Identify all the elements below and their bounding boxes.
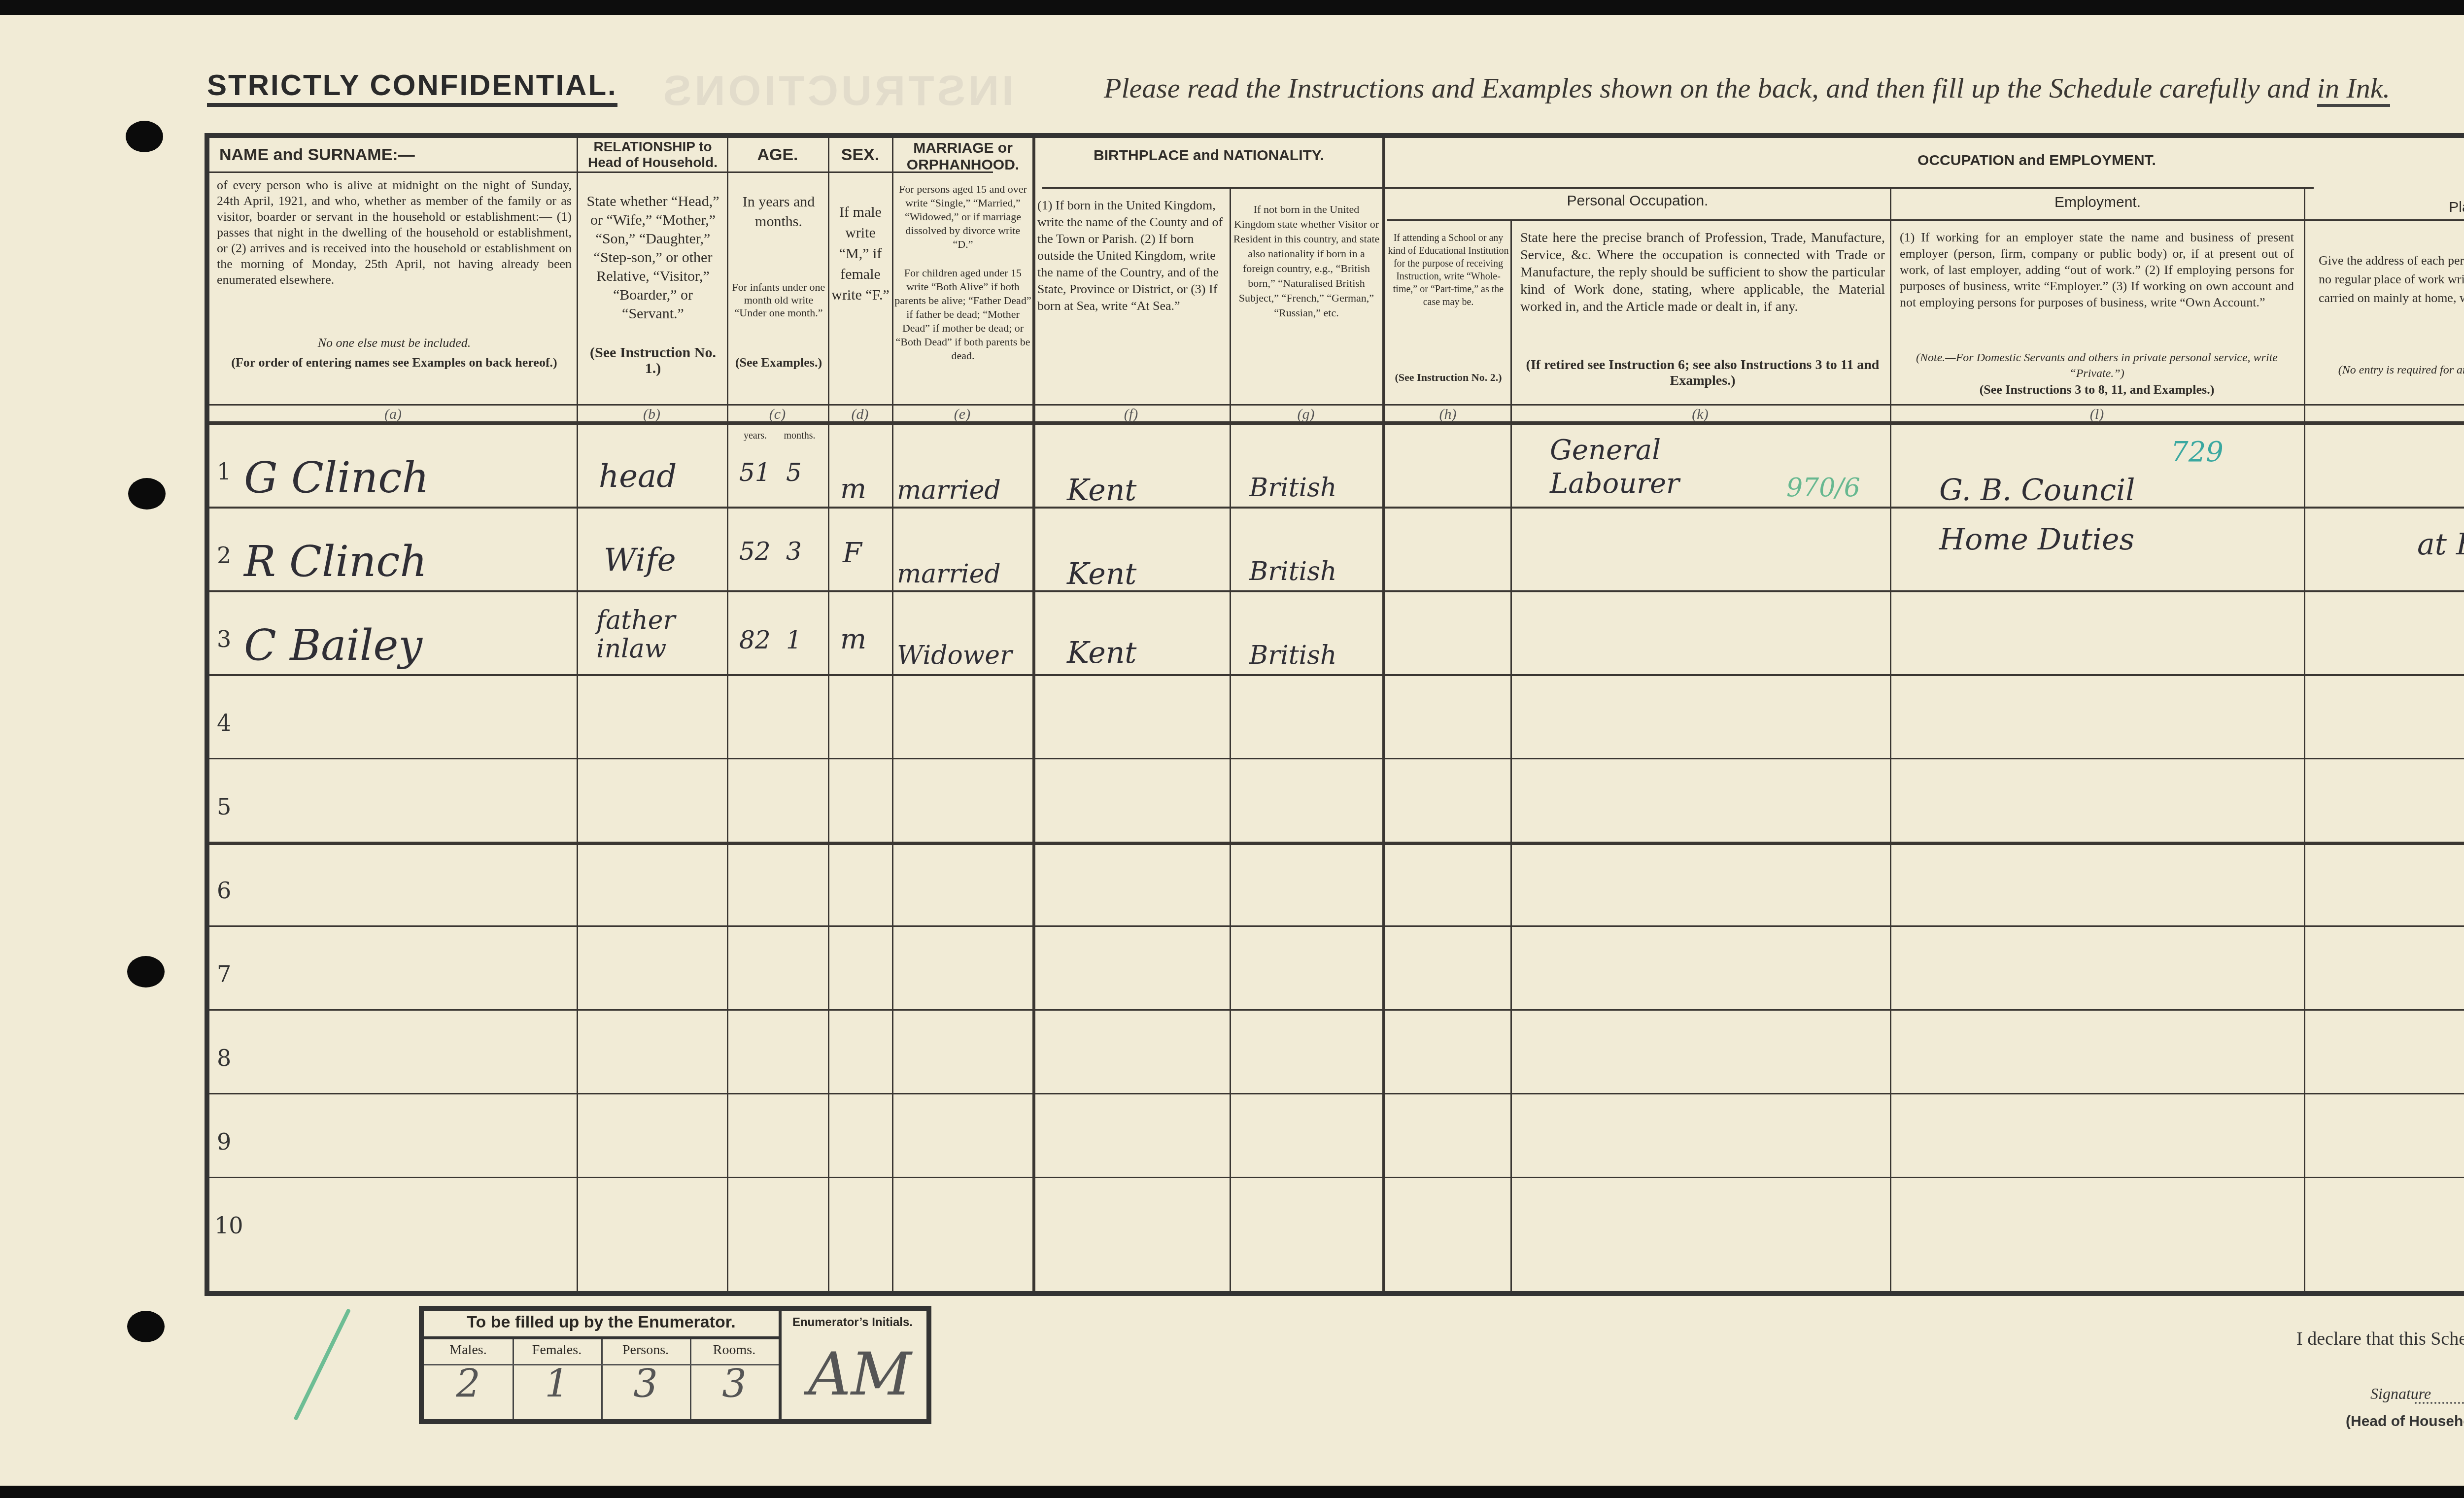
in-ink-text: in Ink. <box>2317 72 2390 107</box>
column-g-instructions: If not born in the United Kingdom state … <box>1232 202 1380 320</box>
person-sex: F <box>843 537 862 569</box>
females-value: 1 <box>513 1362 601 1406</box>
column-d-title: SEX. <box>829 147 891 163</box>
column-c-instructions: In years and months. <box>732 192 825 232</box>
person-age-years: 51 <box>739 458 771 487</box>
employment-code: 729 <box>2171 436 2224 468</box>
age-months-sublabel: months. <box>776 428 823 443</box>
column-l-note: (See Instructions 3 to 8, 11, and Exampl… <box>1900 382 2294 398</box>
enumerator-initials-label: Enumerator’s Initials. <box>784 1316 922 1329</box>
column-k-instructions: State here the precise branch of Profess… <box>1520 229 1885 315</box>
column-d-letter: (d) <box>828 406 892 423</box>
column-h-note: (See Instruction No. 2.) <box>1387 370 1509 385</box>
column-e-instructions: For persons aged 15 and over write “Sing… <box>894 182 1031 251</box>
age-years-sublabel: years. <box>732 428 779 443</box>
bleed-through-text: INSTRUCTIONS <box>660 67 1014 115</box>
row-number: 5 <box>217 793 231 820</box>
column-a-letter: (a) <box>209 406 577 423</box>
person-nationality: British <box>1249 473 1336 503</box>
column-a-title: NAME and SURNAME:— <box>219 147 574 163</box>
person-name: G Clinch <box>244 453 429 503</box>
column-m-letter: (m) <box>2304 406 2464 423</box>
household-schedule-table: NAME and SURNAME:— of every person who i… <box>205 133 2464 1296</box>
person-birthplace: Kent <box>1067 636 1136 670</box>
person-relationship: head <box>599 458 677 495</box>
person-employment: G. B. Council <box>1939 473 2135 508</box>
persons-value: 3 <box>601 1362 690 1406</box>
row-number: 1 <box>217 458 231 485</box>
declaration-text: I declare that this Schedule is correctl… <box>2296 1328 2464 1350</box>
males-label: Males. <box>424 1342 513 1364</box>
person-nationality: British <box>1249 641 1336 670</box>
person-marriage: married <box>897 476 1001 505</box>
column-l-instructions: (1) If working for an employer state the… <box>1900 229 2294 310</box>
column-f-instructions: (1) If born in the United Kingdom, write… <box>1037 197 1227 314</box>
person-birthplace: Kent <box>1067 557 1136 591</box>
row-number: 9 <box>217 1128 231 1155</box>
rooms-cell: Rooms.3 <box>690 1339 779 1419</box>
occupation-employment-title: OCCUPATION and EMPLOYMENT. <box>1385 153 2464 169</box>
column-h-instructions: If attending a School or any kind of Edu… <box>1387 232 1509 308</box>
person-age-months: 1 <box>786 626 802 654</box>
column-h-letter: (h) <box>1385 406 1510 423</box>
column-l-note-italic: (Note.—For Domestic Servants and others … <box>1900 350 2294 381</box>
column-a-note-italic: No one else must be included. <box>217 335 572 351</box>
person-age-years: 52 <box>739 537 771 566</box>
punch-hole <box>126 121 163 152</box>
signature-line <box>2415 1402 2464 1404</box>
females-cell: Females.1 <box>513 1339 603 1419</box>
row-number: 10 <box>214 1212 243 1239</box>
census-schedule-page: INSTRUCTIONS STRICTLY CONFIDENTIAL. Plea… <box>0 15 2464 1486</box>
instructions-line: Please read the Instructions and Example… <box>1104 71 2390 104</box>
column-m-note-italic: (No entry is required for any person who… <box>2319 362 2464 378</box>
column-c-letter: (c) <box>727 406 828 423</box>
personal-occupation-title: Personal Occupation. <box>1385 193 1890 209</box>
column-a-note: (For order of entering names see Example… <box>217 355 572 371</box>
punch-hole <box>127 1311 165 1342</box>
column-b-instructions: State whether “Head,” or “Wife,” “Mother… <box>582 192 724 323</box>
row-number: 7 <box>217 961 231 987</box>
column-e-title: MARRIAGE or ORPHANHOOD. <box>894 140 1031 173</box>
column-e-children-instructions: For children aged under 15 write “Both A… <box>894 266 1031 363</box>
column-l-letter: (l) <box>1890 406 2304 423</box>
column-f-letter: (f) <box>1032 406 1230 423</box>
column-k-letter: (k) <box>1510 406 1890 423</box>
column-b-note: (See Instruction No. 1.) <box>582 345 724 376</box>
enumerator-initials-value: AM <box>808 1340 912 1409</box>
person-name: R Clinch <box>244 537 427 586</box>
place-of-work-title: Place of Work. <box>2305 200 2464 215</box>
column-g-letter: (g) <box>1230 406 1382 423</box>
birthplace-nationality-title: BIRTHPLACE and NATIONALITY. <box>1035 148 1382 164</box>
row-number: 2 <box>217 542 231 569</box>
column-c-title: AGE. <box>728 147 827 163</box>
column-m-instructions: Give the address of each person’s place … <box>2319 251 2464 307</box>
column-k-note: (If retired see Instruction 6; see also … <box>1520 357 1885 389</box>
instructions-text: Please read the Instructions and Example… <box>1104 72 2310 104</box>
person-relationship: Wife <box>604 542 676 579</box>
signature-note: (Head of Household, Manager of Establish… <box>2346 1413 2464 1430</box>
person-nationality: British <box>1249 557 1336 586</box>
enumerator-box-header: To be filled up by the Enumerator. <box>424 1313 779 1332</box>
rooms-value: 3 <box>690 1362 779 1406</box>
females-label: Females. <box>513 1342 601 1364</box>
person-occupation: General Labourer <box>1550 434 1757 501</box>
person-relationship: father inlaw <box>596 606 715 663</box>
column-a-instructions: of every person who is alive at midnight… <box>217 177 572 288</box>
column-e-letter: (e) <box>892 406 1032 423</box>
person-age-months: 3 <box>786 537 802 566</box>
males-cell: Males.2 <box>424 1339 514 1419</box>
person-age-months: 5 <box>786 458 802 487</box>
person-marriage: married <box>897 559 1001 589</box>
row-number: 6 <box>217 877 231 904</box>
punch-hole <box>128 478 166 510</box>
males-value: 2 <box>424 1362 513 1406</box>
green-tick-mark <box>293 1308 351 1421</box>
person-sex: m <box>840 623 866 655</box>
column-c-infants: For infants under one month old write “U… <box>732 281 825 319</box>
punch-hole <box>127 956 165 987</box>
row-number: 8 <box>217 1045 231 1071</box>
occupation-code: 970/6 <box>1786 473 1860 503</box>
column-b-title: RELATIONSHIP to Head of Household. <box>580 139 725 170</box>
column-c-note: (See Examples.) <box>732 355 825 371</box>
person-employment: Home Duties <box>1939 522 2134 557</box>
enumerator-totals-box: To be filled up by the Enumerator. Enume… <box>419 1306 931 1424</box>
persons-cell: Persons.3 <box>601 1339 691 1419</box>
person-name: C Bailey <box>244 621 422 670</box>
rooms-label: Rooms. <box>690 1342 779 1364</box>
column-d-instructions: If male write “M,” if female write “F.” <box>831 202 890 306</box>
row-number: 4 <box>217 710 231 736</box>
person-sex: m <box>840 473 866 505</box>
signature-label: Signature <box>2370 1385 2431 1403</box>
row-number: 3 <box>217 626 231 652</box>
person-birthplace: Kent <box>1067 473 1136 508</box>
column-b-letter: (b) <box>577 406 727 423</box>
person-place-of-work: at Home <box>2417 527 2464 562</box>
person-age-years: 82 <box>739 626 771 654</box>
persons-label: Persons. <box>601 1342 690 1364</box>
confidential-label: STRICTLY CONFIDENTIAL. <box>207 68 617 107</box>
person-marriage: Widower <box>897 641 1012 670</box>
employment-title: Employment. <box>1891 195 2304 210</box>
